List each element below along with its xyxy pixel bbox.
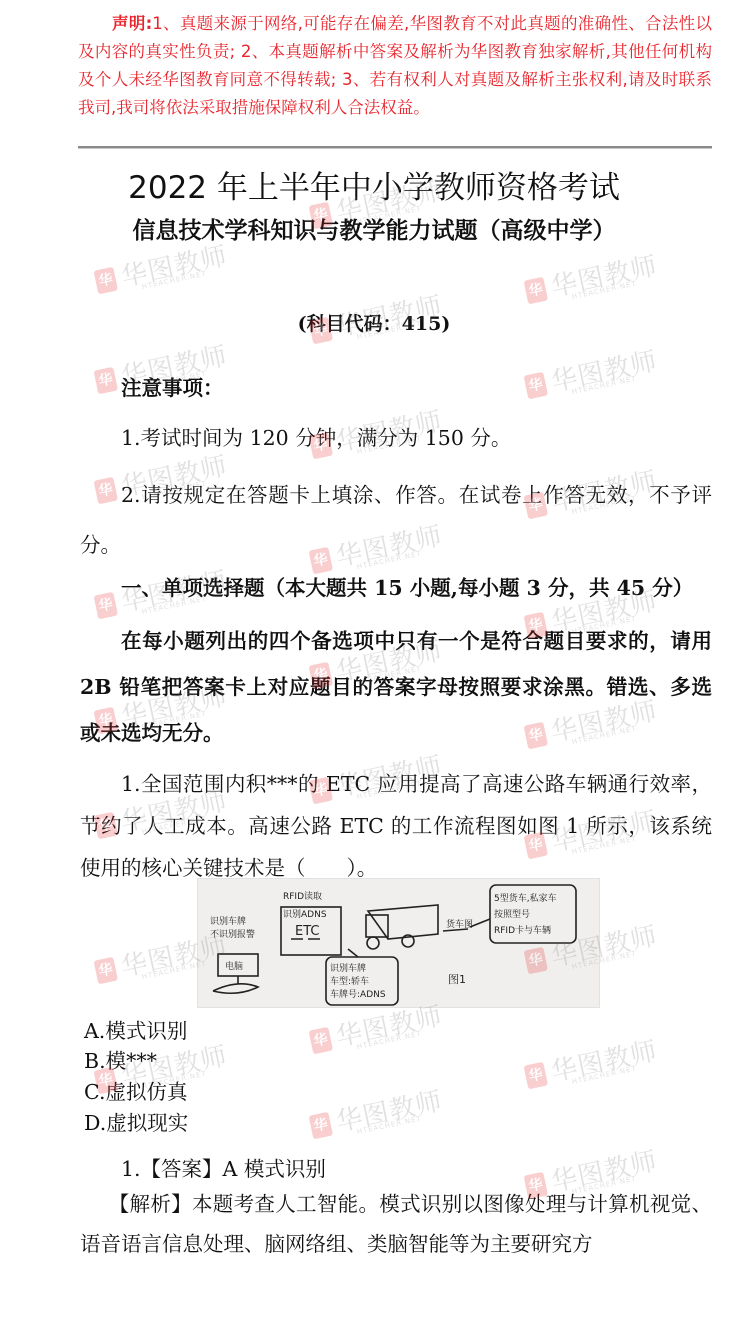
svg-text:电脑: 电脑 xyxy=(225,960,243,972)
svg-text:识别车牌: 识别车牌 xyxy=(330,962,366,974)
option-a: A.模式识别 xyxy=(84,1017,187,1045)
svg-text:货车图: 货车图 xyxy=(446,918,473,930)
watermark-logo-icon: 华 xyxy=(94,957,119,985)
svg-text:ETC: ETC xyxy=(295,924,319,939)
instruction-item-1: 1.考试时间为 120 分钟，满分为 150 分。 xyxy=(80,418,712,459)
section-heading: 一、单项选择题（本大题共 15 小题,每小题 3 分，共 45 分） xyxy=(80,568,712,609)
svg-text:RFID卡与车辆: RFID卡与车辆 xyxy=(494,924,551,936)
etc-flowchart-figure: 识别车牌 不识别报警 电脑 RFID读取 识别ADNS ETC 识别车牌 车型:… xyxy=(197,878,600,1008)
subject-code: (科目代码：415) xyxy=(0,309,748,339)
watermark-logo-icon: 华 xyxy=(94,267,119,295)
svg-text:识别车牌: 识别车牌 xyxy=(210,915,246,927)
svg-text:车牌号:ADNS: 车牌号:ADNS xyxy=(330,988,386,1000)
watermark-logo-icon: 华 xyxy=(309,1027,334,1055)
answer-analysis: 【解析】本题考查人工智能。模式识别以图像处理与计算机视觉、语音语言信息处理、脑网… xyxy=(80,1184,712,1264)
watermark: 华 华图教师 HTEACHER.NET xyxy=(521,1025,678,1105)
svg-text:不识别报警: 不识别报警 xyxy=(210,928,255,940)
svg-text:按照型号: 按照型号 xyxy=(494,908,530,920)
disclaimer-lead: 声明: xyxy=(112,14,152,33)
option-c: C.虚拟仿真 xyxy=(84,1078,187,1106)
instructions-heading: 注意事项： xyxy=(80,368,712,409)
etc-sketch-image: 识别车牌 不识别报警 电脑 RFID读取 识别ADNS ETC 识别车牌 车型:… xyxy=(198,879,599,1007)
disclaimer-text: 1、真题来源于网络,可能存在偏差,华图教育不对此真题的准确性、合法性以及内容的真… xyxy=(78,14,712,117)
exam-subtitle: 信息技术学科知识与教学能力试题（高级中学） xyxy=(0,213,748,249)
question-stem: 1.全国范围内积***的 ETC 应用提高了高速公路车辆通行效率，节约了人工成本… xyxy=(80,763,712,889)
option-d: D.虚拟现实 xyxy=(84,1109,188,1137)
disclaimer-notice: 声明:1、真题来源于网络,可能存在偏差,华图教育不对此真题的准确性、合法性以及内… xyxy=(78,10,712,122)
watermark-logo-icon: 华 xyxy=(309,1112,334,1140)
header-divider xyxy=(78,146,712,149)
svg-text:识别ADNS: 识别ADNS xyxy=(283,908,327,920)
section-instruction: 在每小题列出的四个备选项中只有一个是符合题目要求的，请用 2B 铅笔把答案卡上对… xyxy=(80,618,712,756)
watermark: 华 华图教师 HTEACHER.NET xyxy=(306,1075,463,1155)
svg-text:图1: 图1 xyxy=(448,973,466,986)
svg-text:5型货车,私家车: 5型货车,私家车 xyxy=(494,892,557,904)
option-b: B.模*** xyxy=(84,1047,157,1075)
instruction-item-2: 2.请按规定在答题卡上填涂、作答。在试卷上作答无效，不予评分。 xyxy=(80,470,712,570)
svg-text:RFID读取: RFID读取 xyxy=(283,890,322,902)
watermark-logo-icon: 华 xyxy=(524,277,549,305)
watermark-logo-icon: 华 xyxy=(524,1062,549,1090)
exam-title: 2022 年上半年中小学教师资格考试 xyxy=(0,168,748,208)
svg-text:车型:轿车: 车型:轿车 xyxy=(330,975,369,987)
